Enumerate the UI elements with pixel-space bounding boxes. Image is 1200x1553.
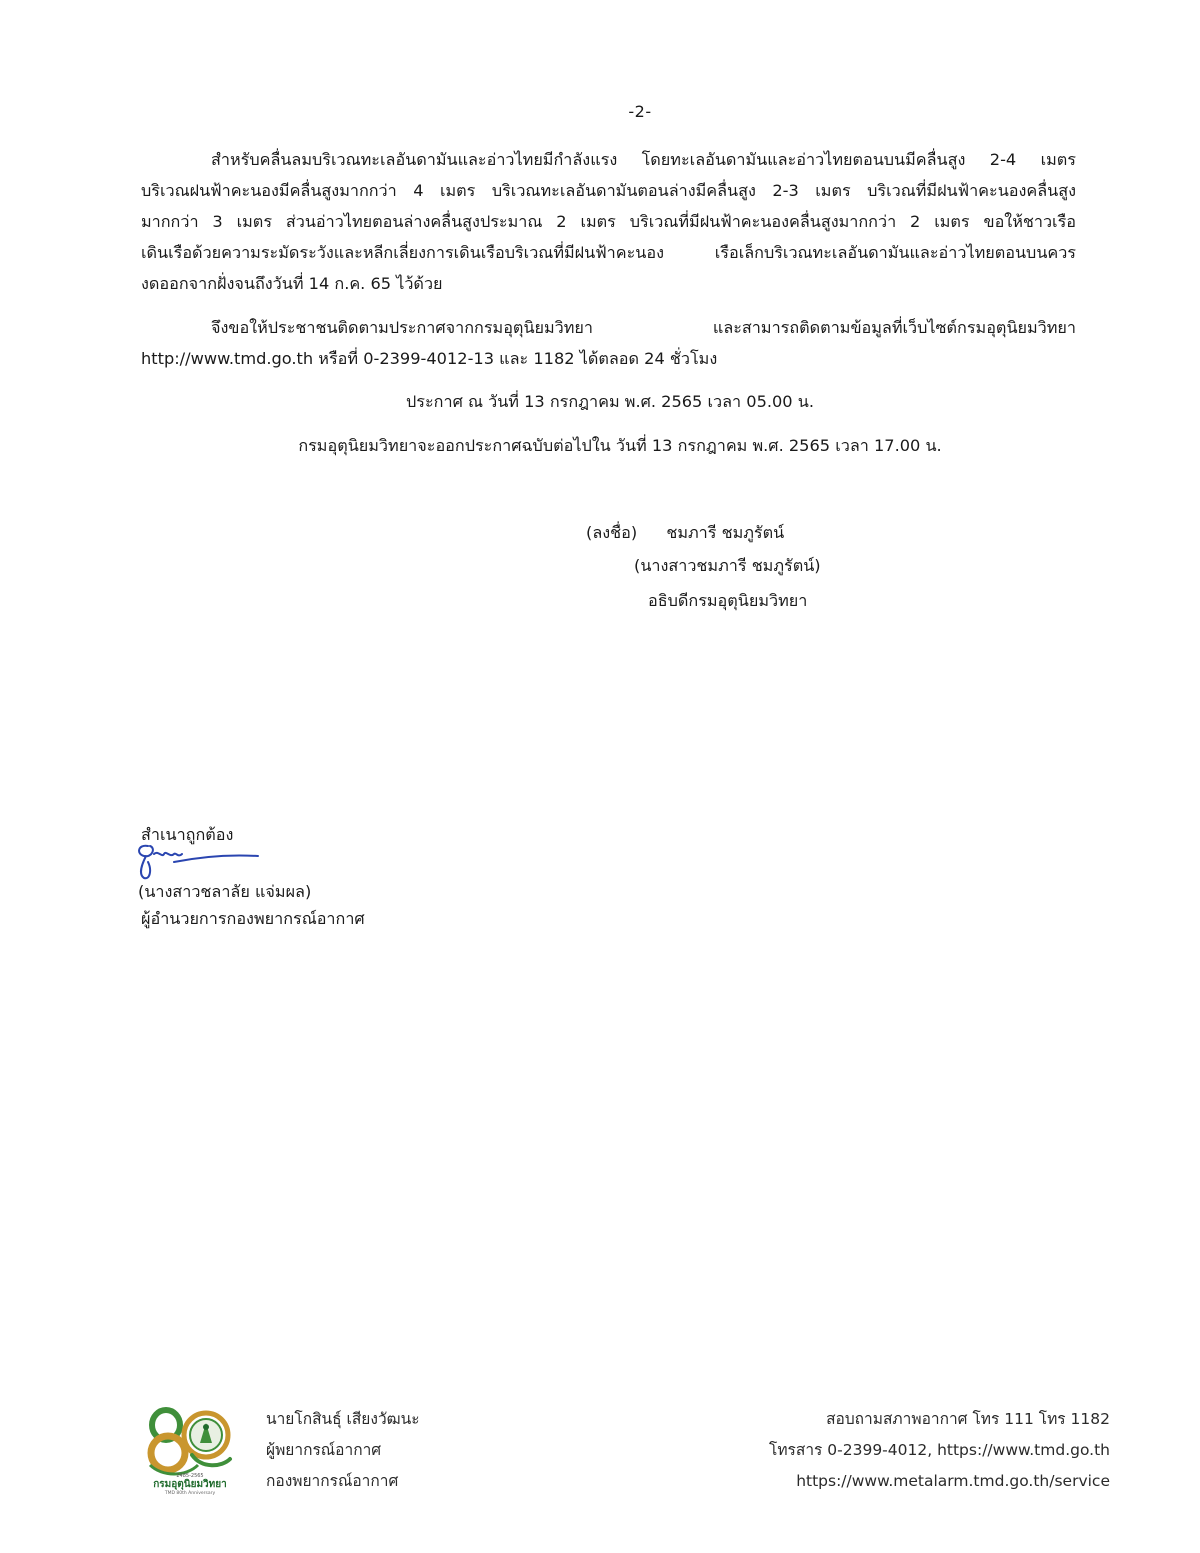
handwritten-signature-icon: [134, 840, 264, 882]
signatory-position: อธิบดีกรมอุตุนิยมวิทยา: [648, 585, 807, 617]
paragraph-line: สำหรับคลื่นลมบริเวณทะเลอันดามันและอ่าวไท…: [141, 144, 1076, 175]
contact-service-url: https://www.metalarm.tmd.go.th/service: [769, 1466, 1110, 1497]
paragraph-line: มากกว่า 3 เมตร ส่วนอ่าวไทยตอนล่างคลื่นสู…: [141, 206, 1076, 237]
document-page: -2- สำหรับคลื่นลมบริเวณทะเลอันดามันและอ่…: [0, 0, 1200, 1553]
paragraph-line: http://www.tmd.go.th หรือที่ 0-2399-4012…: [141, 343, 1076, 374]
page-number: -2-: [0, 102, 1200, 121]
forecaster-info: นายโกสินธุ์ เสียงวัฒนะ ผู้พยากรณ์อากาศ ก…: [266, 1404, 420, 1497]
wave-warning-paragraph: สำหรับคลื่นลมบริเวณทะเลอันดามันและอ่าวไท…: [141, 144, 1076, 299]
signatory-full-name: (นางสาวชมภารี ชมภูรัตน์): [634, 550, 821, 582]
next-announcement-notice: กรมอุตุนิยมวิทยาจะออกประกาศฉบับต่อไปใน ว…: [120, 430, 1120, 461]
paragraph-line: เดินเรือด้วยความระมัดระวังและหลีกเลี่ยงก…: [141, 237, 1076, 268]
contact-info: สอบถามสภาพอากาศ โทร 111 โทร 1182 โทรสาร …: [769, 1404, 1110, 1497]
paragraph-line: งดออกจากฝั่งจนถึงวันที่ 14 ก.ค. 65 ไว้ด้…: [141, 268, 1076, 299]
follow-updates-paragraph: จึงขอให้ประชาชนติดตามประกาศจากกรมอุตุนิย…: [141, 312, 1076, 374]
signatory-signed-name: ชมภารี ชมภูรัตน์: [666, 523, 784, 542]
svg-text:TMD 80th Anniversary: TMD 80th Anniversary: [164, 1490, 216, 1496]
certified-copy-name: (นางสาวชลาลัย แจ่มผล): [138, 877, 311, 906]
paragraph-line: บริเวณฝนฟ้าคะนองมีคลื่นสูงมากกว่า 4 เมตร…: [141, 175, 1076, 206]
forecaster-role: ผู้พยากรณ์อากาศ: [266, 1435, 420, 1466]
svg-text:กรมอุตุนิยมวิทยา: กรมอุตุนิยมวิทยา: [153, 1478, 227, 1490]
signatory-signed-line: (ลงชื่อ) ชมภารี ชมภูรัตน์: [586, 517, 784, 549]
contact-phone: สอบถามสภาพอากาศ โทร 111 โทร 1182: [769, 1404, 1110, 1435]
announcement-date: ประกาศ ณ วันที่ 13 กรกฎาคม พ.ศ. 2565 เวล…: [110, 386, 1110, 417]
paragraph-line: จึงขอให้ประชาชนติดตามประกาศจากกรมอุตุนิย…: [141, 312, 1076, 343]
tmd-80th-anniversary-logo-icon: 2485-2565 กรมอุตุนิยมวิทยา TMD 80th Anni…: [142, 1403, 238, 1499]
forecaster-division: กองพยากรณ์อากาศ: [266, 1466, 420, 1497]
contact-fax-website: โทรสาร 0-2399-4012, https://www.tmd.go.t…: [769, 1435, 1110, 1466]
certified-copy-position: ผู้อำนวยการกองพยากรณ์อากาศ: [141, 904, 365, 933]
signed-prefix: (ลงชื่อ): [586, 523, 637, 542]
forecaster-name: นายโกสินธุ์ เสียงวัฒนะ: [266, 1404, 420, 1435]
